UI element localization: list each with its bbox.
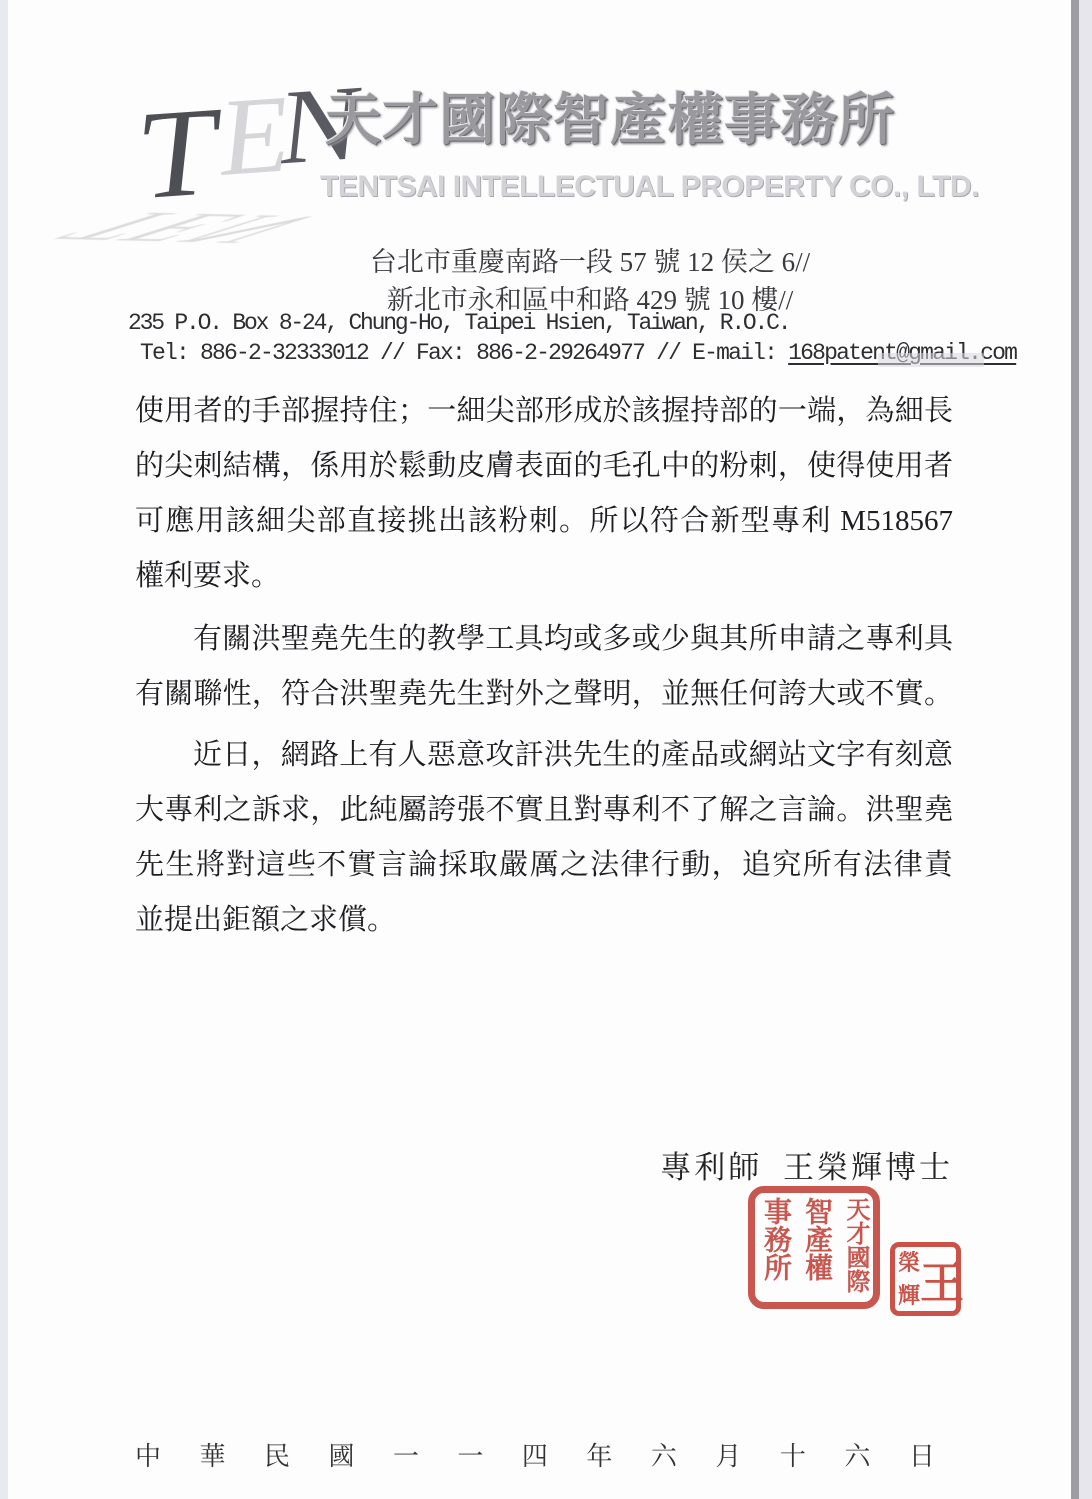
firm-subtitle: TENTSAI INTELLECTUAL PROPERTY CO., LTD.: [320, 170, 940, 204]
paragraph-3: 近日，網路上有人惡意攻訐洪先生的產品或網站文字有刻意誇 大專利之訴求，此純屬誇張…: [135, 728, 953, 948]
date-char: 月: [715, 1436, 741, 1473]
address-line-taipei: 台北市重慶南路一段 57 號 12 侯之 6//: [330, 240, 850, 279]
body-line: 有關聯性，符合洪聖堯先生對外之聲明，並無任何誇大或不實。: [135, 667, 953, 722]
signature-line: 專利師 王榮輝博士: [135, 1142, 953, 1187]
name-seal-right-column: 王: [920, 1249, 964, 1309]
firm-seal-column-left: 事務所: [761, 1197, 789, 1298]
paragraph-2: 有關洪聖堯先生的教學工具均或多或少與其所申請之專利具 有關聯性，符合洪聖堯先生對…: [135, 612, 953, 722]
scan-edge-right-band: [1079, 0, 1092, 1499]
address-line-english: 235 P.O. Box 8-24, Chung-Ho, Taipei Hsie…: [128, 310, 789, 336]
date-char: 一: [393, 1436, 419, 1473]
tel-fax-text: Tel: 886-2-32333012 // Fax: 886-2-292649…: [140, 340, 788, 366]
body-line: 權利要求。: [135, 549, 953, 604]
scan-edge-left: [0, 0, 8, 1499]
body-line: 可應用該細尖部直接挑出該粉刺。所以符合新型專利 M518567 之: [135, 494, 953, 549]
paragraph-1: 使用者的手部握持住；一細尖部形成於該握持部的一端，為細長 的尖刺結構，係用於鬆動…: [135, 384, 953, 604]
scanned-letter-page: T E N TEN 天才國際智產權事務所 TENTSAI INTELLECTUA…: [0, 0, 1092, 1499]
firm-seal-column-right: 天才國際: [843, 1197, 867, 1298]
firm-seal-stamp: 天才國際 智產權 事務所: [748, 1186, 880, 1309]
firm-seal-column-middle: 智產權: [802, 1197, 830, 1298]
date-char: 六: [651, 1436, 677, 1473]
name-seal-left-column: 榮 輝: [898, 1249, 920, 1309]
body-line: 並提出鉅額之求償。: [135, 893, 953, 948]
body-line: 大專利之訴求，此純屬誇張不實且對專利不了解之言論。洪聖堯: [135, 783, 953, 838]
firm-title: 天才國際智產權事務所: [315, 76, 905, 156]
date-char: 華: [199, 1436, 225, 1473]
body-line: 近日，網路上有人惡意攻訐洪先生的產品或網站文字有刻意誇: [135, 728, 953, 783]
scan-edge-right-line: [1071, 0, 1079, 1499]
body-line: 使用者的手部握持住；一細尖部形成於該握持部的一端，為細長: [135, 384, 953, 439]
date-char: 四: [522, 1436, 548, 1473]
roc-date-line: 中 華 民 國 一 一 四 年 六 月 十 六 日: [135, 1436, 935, 1473]
date-char: 中: [135, 1436, 161, 1473]
date-char: 六: [844, 1436, 870, 1473]
body-line: 有關洪聖堯先生的教學工具均或多或少與其所申請之專利具: [135, 612, 953, 667]
body-line: 的尖刺結構，係用於鬆動皮膚表面的毛孔中的粉刺，使得使用者: [135, 439, 953, 494]
name-seal-stamp: 榮 輝 王: [890, 1242, 961, 1316]
date-char: 國: [328, 1436, 354, 1473]
body-line: 先生將對這些不實言論採取嚴厲之法律行動，追究所有法律責任，: [135, 838, 953, 893]
name-seal-char: 榮: [898, 1249, 920, 1277]
date-char: 日: [909, 1436, 935, 1473]
date-char: 民: [264, 1436, 290, 1473]
scan-artifact: [878, 353, 984, 367]
date-char: 年: [586, 1436, 612, 1473]
date-char: 十: [780, 1436, 806, 1473]
name-seal-char: 輝: [898, 1282, 920, 1310]
date-char: 一: [457, 1436, 483, 1473]
